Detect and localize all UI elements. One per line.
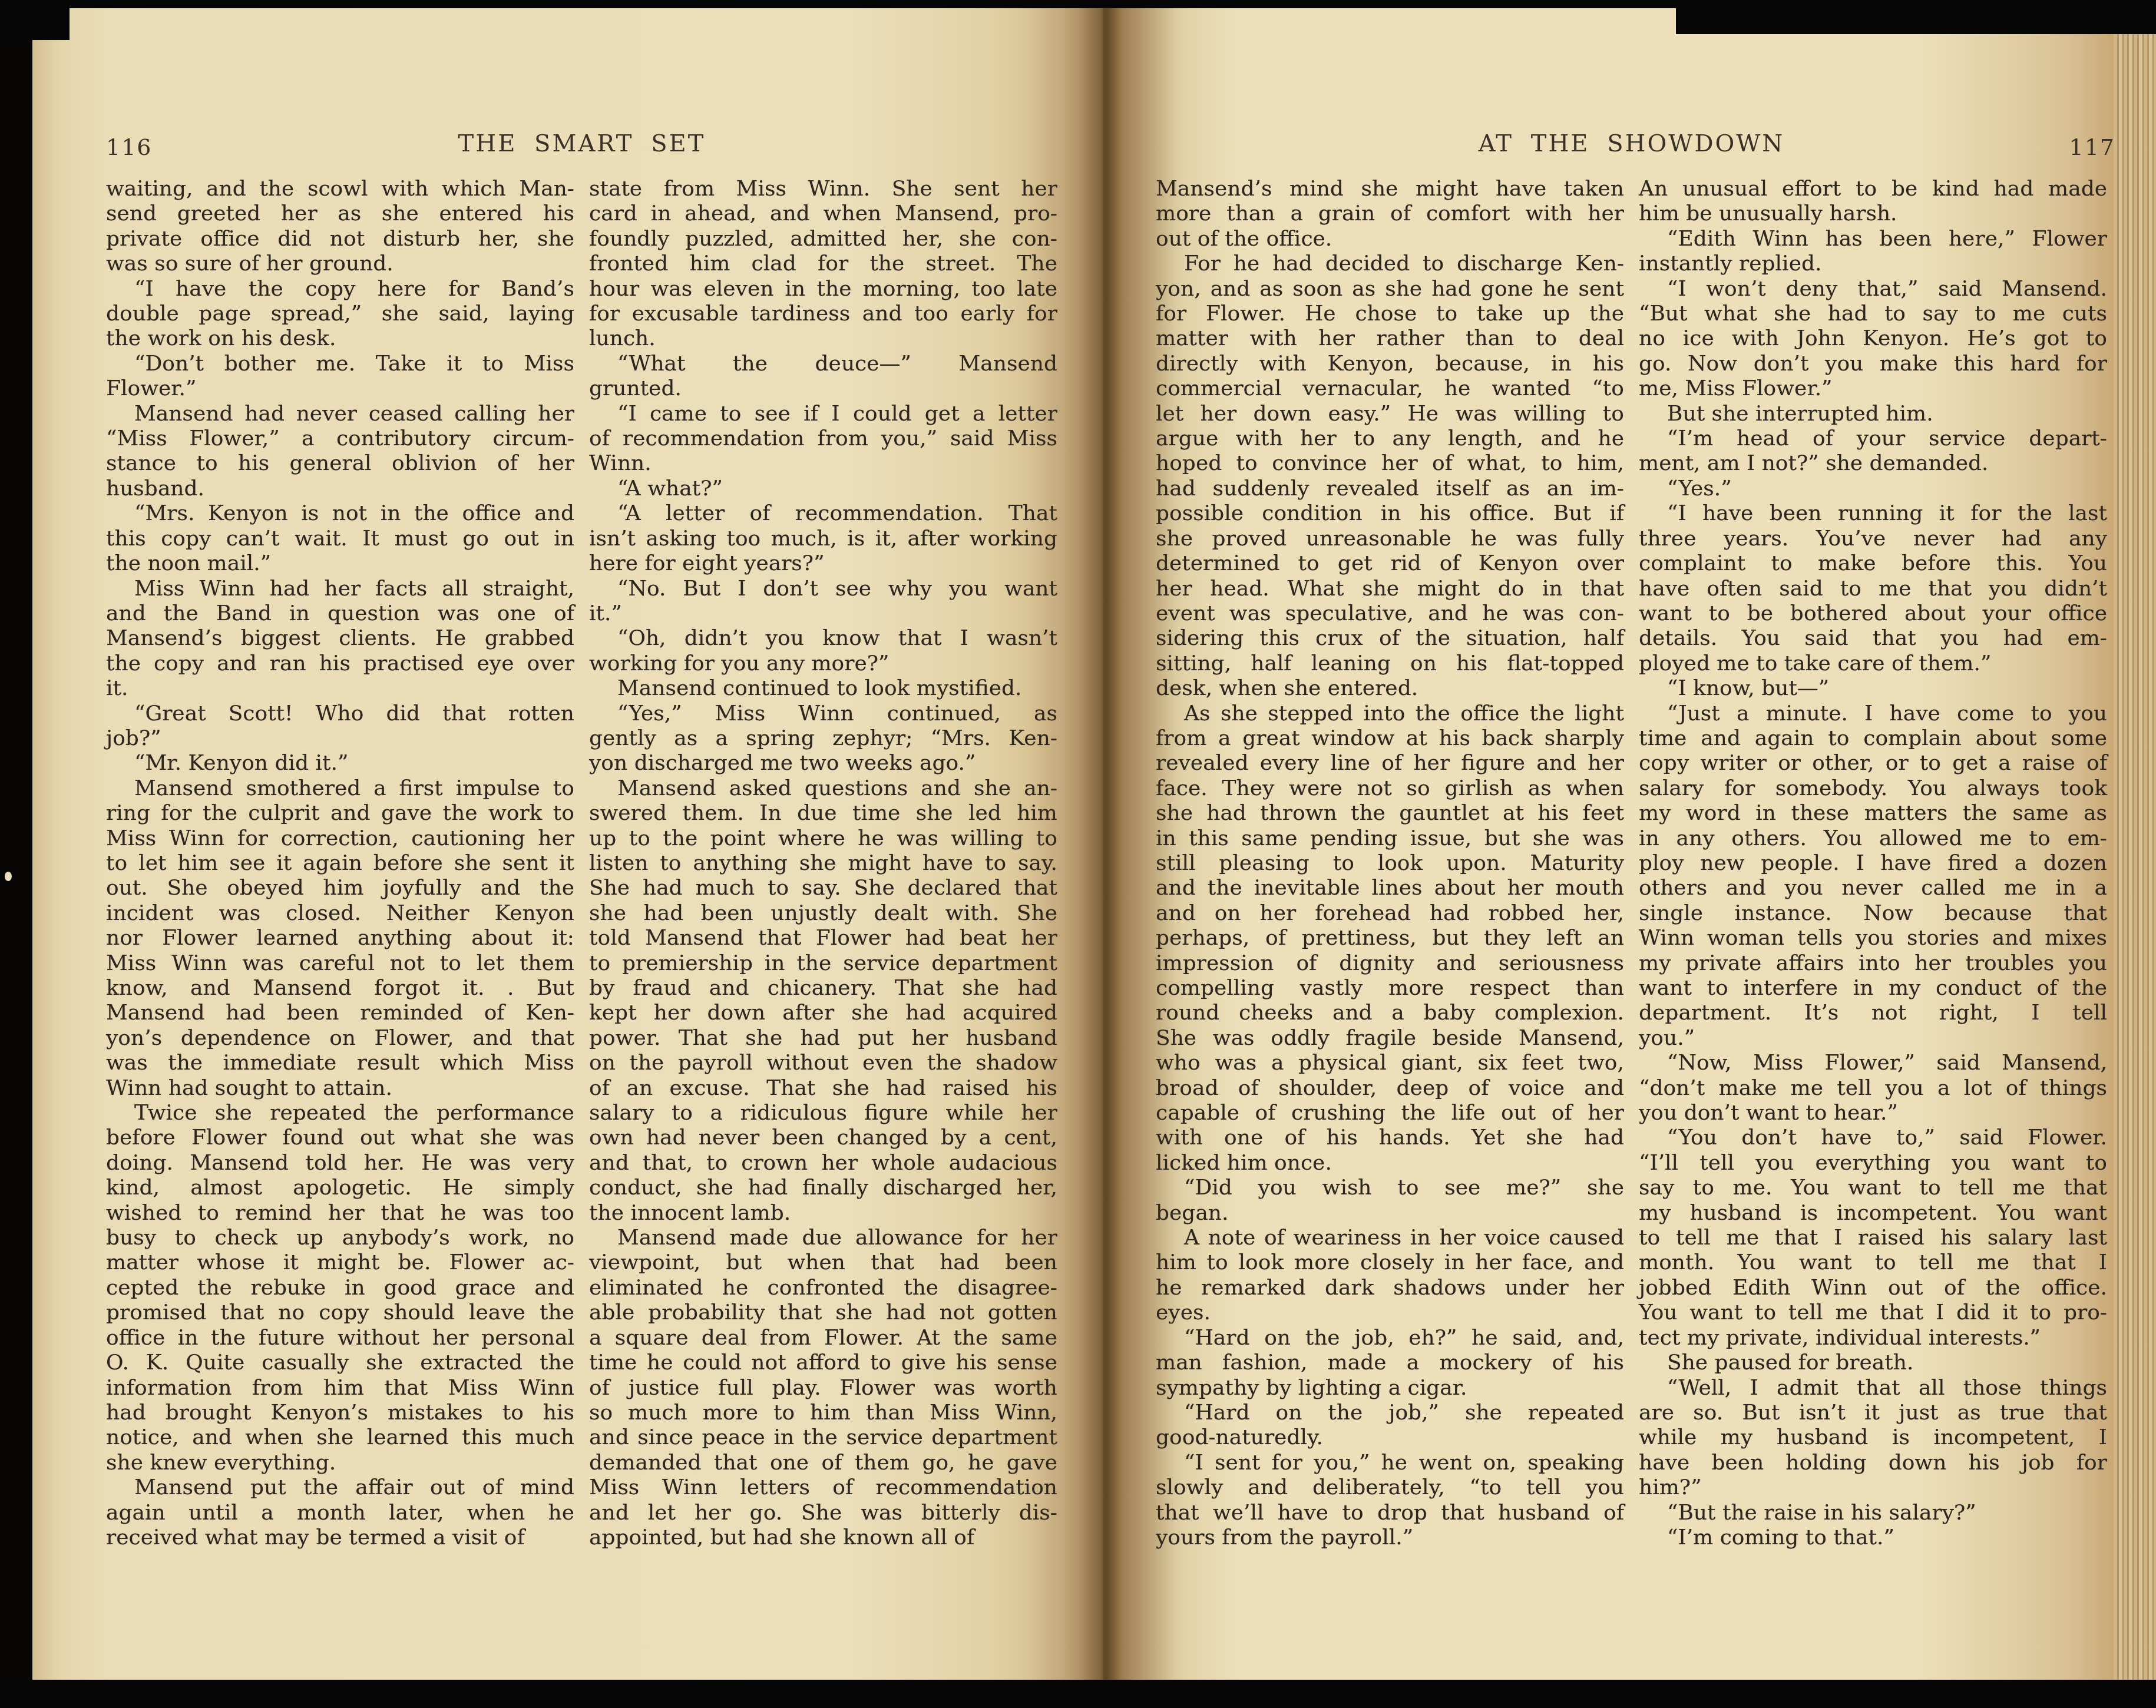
text-line: isn’t asking too much, is it, after work…: [589, 527, 1057, 551]
text-line: he remarked dark shadows under her: [1156, 1276, 1624, 1300]
text-line: her head. What she might do in that: [1156, 577, 1624, 601]
text-line: this copy can’t wait. It must go out in: [106, 527, 574, 551]
page-header-left: 116 THE SMART SET: [106, 130, 1057, 165]
text-line: jobbed Edith Winn out of the office.: [1639, 1276, 2107, 1300]
text-line: and that, to crown her whole audacious: [589, 1151, 1057, 1176]
text-line: single instance. Now because that: [1639, 901, 2107, 926]
text-line: a square deal from Flower. At the same: [589, 1326, 1057, 1350]
text-line: instantly replied.: [1639, 251, 2107, 276]
text-line: go. Now don’t you make this hard for: [1639, 352, 2107, 376]
text-line: complaint to make before this. You: [1639, 551, 2107, 576]
text-line: “I won’t deny that,” said Mansend.: [1639, 277, 2107, 302]
text-line: that we’ll have to drop that husband of: [1156, 1501, 1624, 1525]
text-line: received what may be termed a visit of: [106, 1525, 574, 1550]
text-line: round cheeks and a baby complexion.: [1156, 1001, 1624, 1025]
text-line: “Now, Miss Flower,” said Mansend,: [1639, 1051, 2107, 1075]
text-line: foundly puzzled, admitted her, she con-: [589, 227, 1057, 251]
text-line: of recommendation from you,” said Miss: [589, 426, 1057, 451]
text-line: “Just a minute. I have come to you: [1639, 701, 2107, 726]
running-title-left: THE SMART SET: [458, 130, 706, 157]
scan-speck: [5, 872, 12, 881]
running-title-right: AT THE SHOWDOWN: [1479, 130, 1785, 157]
text-line: and the inevitable lines about her mouth: [1156, 876, 1624, 901]
text-line: “Mr. Kenyon did it.”: [106, 751, 574, 776]
text-line: grunted.: [589, 376, 1057, 401]
text-line: demanded that one of them go, he gave: [589, 1451, 1057, 1475]
text-line: of an excuse. That she had raised his: [589, 1076, 1057, 1101]
text-line: say to me. You want to tell me that: [1639, 1176, 2107, 1200]
text-line: conduct, she had finally discharged her,: [589, 1176, 1057, 1200]
text-line: on the payroll without even the shadow: [589, 1051, 1057, 1075]
text-line: out of the office.: [1156, 227, 1624, 251]
text-line: sitting, half leaning on his flat-topped: [1156, 651, 1624, 676]
text-line: busy to check up anybody’s work, no: [106, 1226, 574, 1250]
text-line: yon’s dependence on Flower, and that: [106, 1026, 574, 1051]
text-column-right-2: An unusual effort to be kind had madehim…: [1639, 177, 2107, 1550]
text-line: “Miss Flower,” a contributory circum-: [106, 426, 574, 451]
text-line: time he could not afford to give his sen…: [589, 1350, 1057, 1375]
text-line: own had never been changed by a cent,: [589, 1126, 1057, 1150]
text-line: details. You said that you had em-: [1639, 626, 2107, 651]
text-line: stance to his general oblivion of her: [106, 451, 574, 476]
text-line: from a great window at his back sharply: [1156, 726, 1624, 751]
text-line: information from him that Miss Winn: [106, 1376, 574, 1401]
text-line: Twice she repeated the performance: [106, 1101, 574, 1126]
text-line: again until a month later, when he: [106, 1501, 574, 1525]
text-line: three years. You’ve never had any: [1639, 527, 2107, 551]
text-line: my husband is incompetent. You want: [1639, 1201, 2107, 1226]
text-line: was the immediate result which Miss: [106, 1051, 574, 1075]
text-line: him to look more closely in her face, an…: [1156, 1250, 1624, 1275]
text-line: out. She obeyed him joyfully and the: [106, 876, 574, 901]
text-line: “I have the copy here for Band’s: [106, 277, 574, 302]
text-line: Mansend continued to look mystified.: [589, 676, 1057, 701]
text-line: Miss Winn letters of recommendation: [589, 1475, 1057, 1500]
text-line: “Hard on the job,” she repeated: [1156, 1401, 1624, 1425]
text-line: copy writer or other, or to get a raise …: [1639, 751, 2107, 776]
text-line: “Don’t bother me. Take it to Miss: [106, 352, 574, 376]
text-line: “I sent for you,” he went on, speaking: [1156, 1451, 1624, 1475]
text-line: the copy and ran his practised eye over: [106, 651, 574, 676]
text-line: slowly and deliberately, “to tell you: [1156, 1475, 1624, 1500]
text-line: “But what she had to say to me cuts: [1639, 302, 2107, 326]
text-line: matter whose it might be. Flower ac-: [106, 1250, 574, 1275]
text-line: and the Band in question was one of: [106, 601, 574, 626]
book-scan: 116 THE SMART SET waiting, and the scowl…: [0, 0, 2156, 1708]
text-line: Mansend put the affair out of mind: [106, 1475, 574, 1500]
text-line: “I have been running it for the last: [1639, 501, 2107, 526]
text-line: “Mrs. Kenyon is not in the office and: [106, 501, 574, 526]
text-line: “What the deuce—” Mansend: [589, 352, 1057, 376]
text-line: Mansend had never ceased calling her: [106, 402, 574, 426]
text-line: Mansend smothered a first impulse to: [106, 776, 574, 801]
text-line: and let her go. She was bitterly dis-: [589, 1501, 1057, 1525]
text-line: incident was closed. Neither Kenyon: [106, 901, 574, 926]
text-line: kind, almost apologetic. He simply: [106, 1176, 574, 1200]
scan-border-top-right: [1676, 0, 2156, 34]
text-line: in any others. You allowed me to em-: [1639, 826, 2107, 851]
text-line: to tell me that I raised his salary last: [1639, 1226, 2107, 1250]
text-line: others and you never called me in a: [1639, 876, 2107, 901]
scan-border-top-left: [0, 0, 70, 40]
text-column-left-1: waiting, and the scowl with which Man-se…: [106, 177, 574, 1550]
text-line: are so. But isn’t it just as true that: [1639, 1401, 2107, 1425]
page-number-left: 116: [106, 133, 153, 161]
text-line: sidering this crux of the situation, hal…: [1156, 626, 1624, 651]
text-line: eyes.: [1156, 1300, 1624, 1325]
text-line: good-naturedly.: [1156, 1425, 1624, 1450]
text-column-right-1: Mansend’s mind she might have takenmore …: [1156, 177, 1624, 1550]
text-line: of justice full play. Flower was worth: [589, 1376, 1057, 1401]
text-line: Mansend’s biggest clients. He grabbed: [106, 626, 574, 651]
page-header-right: AT THE SHOWDOWN 117: [1156, 130, 2107, 165]
text-line: “Well, I admit that all those things: [1639, 1376, 2107, 1401]
text-line: began.: [1156, 1201, 1624, 1226]
text-line: event was speculative, and he was con-: [1156, 601, 1624, 626]
text-line: wished to remind her that he was too: [106, 1201, 574, 1226]
text-line: “Did you wish to see me?” she: [1156, 1176, 1624, 1200]
text-line: card in ahead, and when Mansend, pro-: [589, 201, 1057, 226]
text-line: for Flower. He chose to take up the: [1156, 302, 1624, 326]
text-line: commercial vernacular, he wanted “to: [1156, 376, 1624, 401]
text-line: She had much to say. She declared that: [589, 876, 1057, 901]
text-line: ring for the culprit and gave the work t…: [106, 801, 574, 826]
text-line: no ice with John Kenyon. He’s got to: [1639, 326, 2107, 351]
page-117: AT THE SHOWDOWN 117 Mansend’s mind she m…: [1103, 8, 2156, 1680]
text-line: Mansend had been reminded of Ken-: [106, 1001, 574, 1025]
text-line: hour was eleven in the morning, too late: [589, 277, 1057, 302]
text-line: man fashion, made a mockery of his: [1156, 1350, 1624, 1375]
text-line: have often said to me that you didn’t: [1639, 577, 2107, 601]
text-line: had suddenly revealed itself as an im-: [1156, 476, 1624, 501]
text-line: ploy new people. I have fired a dozen: [1639, 851, 2107, 876]
text-line: O. K. Quite casually she extracted the: [106, 1350, 574, 1375]
text-line: “Oh, didn’t you know that I wasn’t: [589, 626, 1057, 651]
text-line: revealed every line of her figure and he…: [1156, 751, 1624, 776]
text-line: in this same pending issue, but she was: [1156, 826, 1624, 851]
text-line: Winn had sought to attain.: [106, 1076, 574, 1101]
text-line: eliminated he confronted the disagree-: [589, 1276, 1057, 1300]
text-line: yon discharged me two weeks ago.”: [589, 751, 1057, 776]
text-line: viewpoint, but when that had been: [589, 1250, 1057, 1275]
text-line: yours from the payroll.”: [1156, 1525, 1624, 1550]
text-line: salary to a ridiculous figure while her: [589, 1101, 1057, 1126]
text-line: Mansend asked questions and she an-: [589, 776, 1057, 801]
text-line: salary for somebody. You always took: [1639, 776, 2107, 801]
text-line: For he had decided to discharge Ken-: [1156, 251, 1624, 276]
text-line: Mansend made due allowance for her: [589, 1226, 1057, 1250]
text-line: while my husband is incompetent, I: [1639, 1425, 2107, 1450]
text-line: doing. Mansend told her. He was very: [106, 1151, 574, 1176]
text-line: “don’t make me tell you a lot of things: [1639, 1076, 2107, 1101]
text-line: compelling vastly more respect than: [1156, 976, 1624, 1001]
text-line: working for you any more?”: [589, 651, 1057, 676]
text-line: state from Miss Winn. She sent her: [589, 177, 1057, 201]
text-line: job?”: [106, 726, 574, 751]
text-line: with one of his hands. Yet she had: [1156, 1126, 1624, 1150]
text-line: nor Flower learned anything about it:: [106, 926, 574, 951]
text-line: cepted the rebuke in good grace and: [106, 1276, 574, 1300]
text-line: double page spread,” she said, laying: [106, 302, 574, 326]
text-line: private office did not disturb her, she: [106, 227, 574, 251]
scan-border-bottom: [0, 1682, 2156, 1708]
text-line: “A letter of recommendation. That: [589, 501, 1057, 526]
text-line: before Flower found out what she was: [106, 1126, 574, 1150]
text-line: she proved unreasonable he was fully: [1156, 527, 1624, 551]
text-line: argue with her to any length, and he: [1156, 426, 1624, 451]
text-line: “Great Scott! Who did that rotten: [106, 701, 574, 726]
text-line: You want to tell me that I did it to pro…: [1639, 1300, 2107, 1325]
text-line: matter with her rather than to deal: [1156, 326, 1624, 351]
text-line: But she interrupted him.: [1639, 402, 2107, 426]
text-line: to let him see it again before she sent …: [106, 851, 574, 876]
text-line: my private affairs into her troubles you: [1639, 951, 2107, 976]
text-line: have been holding down his job for: [1639, 1451, 2107, 1475]
text-line: told Mansend that Flower had beat her: [589, 926, 1057, 951]
text-line: me, Miss Flower.”: [1639, 376, 2107, 401]
text-line: “But the raise in his salary?”: [1639, 1501, 2107, 1525]
text-line: “I’m coming to that.”: [1639, 1525, 2107, 1550]
text-line: determined to get rid of Kenyon over: [1156, 551, 1624, 576]
text-line: she had been unjustly dealt with. She: [589, 901, 1057, 926]
text-line: Flower.”: [106, 376, 574, 401]
text-line: the innocent lamb.: [589, 1201, 1057, 1226]
page-number-right: 117: [2069, 133, 2115, 161]
text-line: month. You want to tell me that I: [1639, 1250, 2107, 1275]
text-line: for excusable tardiness and too early fo…: [589, 302, 1057, 326]
text-line: she knew everything.: [106, 1451, 574, 1475]
text-line: it.: [106, 676, 574, 701]
text-line: swered them. In due time she led him: [589, 801, 1057, 826]
text-line: “Hard on the job, eh?” he said, and,: [1156, 1326, 1624, 1350]
text-line: able probability that she had not gotten: [589, 1300, 1057, 1325]
text-line: yon, and as soon as she had gone he sent: [1156, 277, 1624, 302]
text-line: “I’ll tell you everything you want to: [1639, 1151, 2107, 1176]
text-line: Winn woman tells you stories and mixes: [1639, 926, 2107, 951]
text-line: had brought Kenyon’s mistakes to his: [106, 1401, 574, 1425]
text-line: who was a physical giant, six feet two,: [1156, 1051, 1624, 1075]
text-line: directly with Kenyon, because, in his: [1156, 352, 1624, 376]
text-line: “Yes.”: [1639, 476, 2107, 501]
text-line: face. They were not so girlish as when: [1156, 776, 1624, 801]
text-line: by fraud and chicanery. That she had: [589, 976, 1057, 1001]
text-line: want to be bothered about your office: [1639, 601, 2107, 626]
text-line: ment, am I not?” she demanded.: [1639, 451, 2107, 476]
text-line: Miss Winn was careful not to let them: [106, 951, 574, 976]
text-line: so much more to him than Miss Winn,: [589, 1401, 1057, 1425]
text-line: it.”: [589, 601, 1057, 626]
text-line: was so sure of her ground.: [106, 251, 574, 276]
text-line: office in the future without her persona…: [106, 1326, 574, 1350]
text-line: A note of weariness in her voice caused: [1156, 1226, 1624, 1250]
text-line: my word in these matters the same as: [1639, 801, 2107, 826]
text-line: lunch.: [589, 326, 1057, 351]
page-116: 116 THE SMART SET waiting, and the scowl…: [32, 8, 1103, 1680]
text-line: waiting, and the scowl with which Man-: [106, 177, 574, 201]
text-line: She was oddly fragile beside Mansend,: [1156, 1026, 1624, 1051]
page-stack-fore-edge: [2114, 8, 2156, 1680]
text-line: hoped to convince her of what, to him,: [1156, 451, 1624, 476]
text-line: “I’m head of your service depart-: [1639, 426, 2107, 451]
text-line: desk, when she entered.: [1156, 676, 1624, 701]
text-line: him?”: [1639, 1475, 2107, 1500]
text-line: him be unusually harsh.: [1639, 201, 2107, 226]
text-line: Mansend’s mind she might have taken: [1156, 177, 1624, 201]
text-line: gently as a spring zephyr; “Mrs. Ken-: [589, 726, 1057, 751]
text-line: “Yes,” Miss Winn continued, as: [589, 701, 1057, 726]
text-line: let her down easy.” He was willing to: [1156, 402, 1624, 426]
text-line: She paused for breath.: [1639, 1350, 2107, 1375]
text-line: “Edith Winn has been here,” Flower: [1639, 227, 2107, 251]
text-line: fronted him clad for the street. The: [589, 251, 1057, 276]
text-line: licked him once.: [1156, 1151, 1624, 1176]
text-line: perhaps, of prettiness, but they left an: [1156, 926, 1624, 951]
text-line: she had thrown the gauntlet at his feet: [1156, 801, 1624, 826]
text-line: still pleasing to look upon. Maturity: [1156, 851, 1624, 876]
text-line: impression of dignity and seriousness: [1156, 951, 1624, 976]
text-line: know, and Mansend forgot it. . But: [106, 976, 574, 1001]
text-line: “I came to see if I could get a letter: [589, 402, 1057, 426]
text-line: As she stepped into the office the light: [1156, 701, 1624, 726]
text-line: more than a grain of comfort with her: [1156, 201, 1624, 226]
text-line: you.”: [1639, 1026, 2107, 1051]
text-line: want to interfere in my conduct of the: [1639, 976, 2107, 1001]
text-line: An unusual effort to be kind had made: [1639, 177, 2107, 201]
text-line: “A what?”: [589, 476, 1057, 501]
text-line: ployed me to take care of them.”: [1639, 651, 2107, 676]
text-line: to premiership in the service department: [589, 951, 1057, 976]
text-line: “You don’t have to,” said Flower.: [1639, 1126, 2107, 1150]
text-line: “I know, but—”: [1639, 676, 2107, 701]
text-line: Miss Winn had her facts all straight,: [106, 577, 574, 601]
text-line: and since peace in the service departmen…: [589, 1425, 1057, 1450]
text-line: power. That she had put her husband: [589, 1026, 1057, 1051]
text-column-left-2: state from Miss Winn. She sent hercard i…: [589, 177, 1057, 1550]
text-line: here for eight years?”: [589, 551, 1057, 576]
text-line: Miss Winn for correction, cautioning her: [106, 826, 574, 851]
text-line: time and again to complain about some: [1639, 726, 2107, 751]
text-line: the work on his desk.: [106, 326, 574, 351]
text-line: listen to anything she might have to say…: [589, 851, 1057, 876]
text-line: department. It’s not right, I tell: [1639, 1001, 2107, 1025]
text-line: tect my private, individual interests.”: [1639, 1326, 2107, 1350]
text-line: husband.: [106, 476, 574, 501]
text-line: and on her forehead had robbed her,: [1156, 901, 1624, 926]
text-line: you don’t want to hear.”: [1639, 1101, 2107, 1126]
text-line: broad of shoulder, deep of voice and: [1156, 1076, 1624, 1101]
text-line: kept her down after she had acquired: [589, 1001, 1057, 1025]
text-line: Winn.: [589, 451, 1057, 476]
text-line: up to the point where he was willing to: [589, 826, 1057, 851]
text-line: send greeted her as she entered his: [106, 201, 574, 226]
text-line: notice, and when she learned this much: [106, 1425, 574, 1450]
text-line: “No. But I don’t see why you want: [589, 577, 1057, 601]
text-line: sympathy by lighting a cigar.: [1156, 1376, 1624, 1401]
text-line: appointed, but had she known all of: [589, 1525, 1057, 1550]
text-line: possible condition in his office. But if: [1156, 501, 1624, 526]
text-line: the noon mail.”: [106, 551, 574, 576]
text-line: promised that no copy should leave the: [106, 1300, 574, 1325]
text-line: capable of crushing the life out of her: [1156, 1101, 1624, 1126]
